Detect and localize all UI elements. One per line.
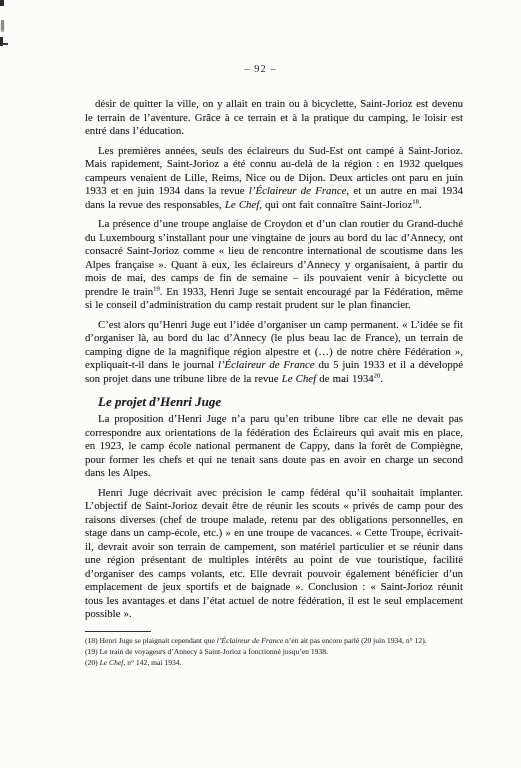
footnote: (20) Le Chef, n° 142, mai 1934. bbox=[85, 658, 463, 669]
body-paragraph: C’est alors qu’Henri Juge eut l’idée d’o… bbox=[85, 319, 463, 387]
footnote: (18) Henri Juge se plaignait cependant q… bbox=[85, 636, 463, 647]
body-paragraph: désir de quitter la ville, on y allait e… bbox=[85, 98, 463, 139]
body-paragraph: La proposition d’Henri Juge n’a paru qu’… bbox=[85, 413, 463, 481]
scan-artifact bbox=[2, 43, 8, 45]
section-heading: Le projet d’Henri Juge bbox=[85, 394, 463, 410]
body-paragraph: Les premières années, seuls des éclaireu… bbox=[85, 145, 463, 213]
scan-artifact bbox=[0, 37, 3, 46]
footnote: (19) Le train de voyageurs d’Annecy à Sa… bbox=[85, 647, 463, 658]
body-paragraph: Henri Juge décrivait avec précision le c… bbox=[85, 487, 463, 622]
footnote-separator bbox=[85, 631, 151, 632]
page-number: – 92 – bbox=[0, 64, 521, 75]
scan-artifact bbox=[1, 20, 4, 30]
scanned-page: – 92 – désir de quitter la ville, on y a… bbox=[0, 0, 521, 768]
scan-artifact bbox=[0, 0, 4, 6]
body-paragraph: La présence d’une troupe anglaise de Cro… bbox=[85, 218, 463, 313]
text-column: désir de quitter la ville, on y allait e… bbox=[85, 98, 463, 669]
